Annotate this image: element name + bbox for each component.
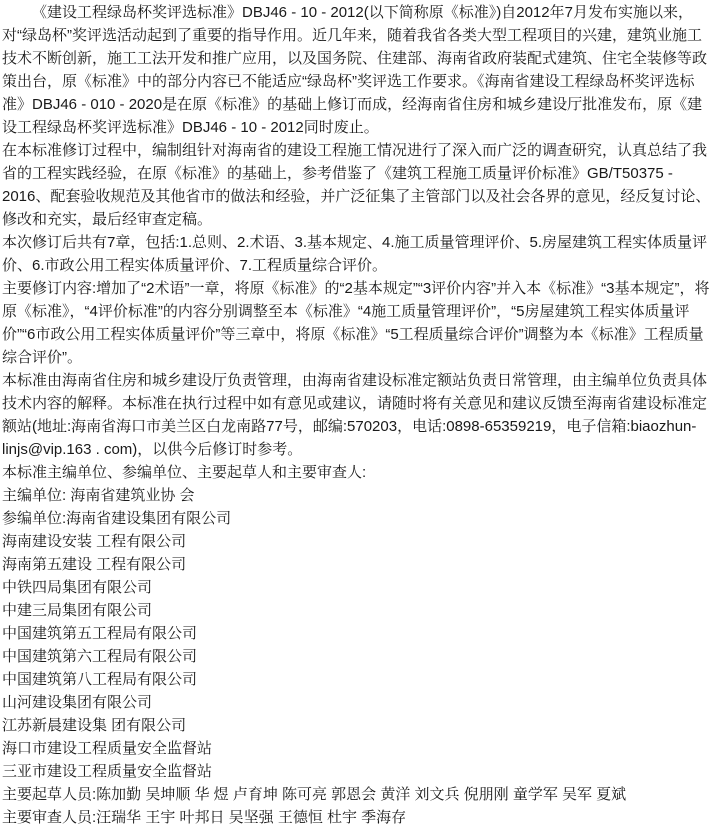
participating-unit-line: 中国建筑第六工程局有限公司	[2, 645, 713, 668]
participating-unit-line: 中建三局集团有限公司	[2, 599, 713, 622]
participating-unit-line: 海南建设安装 工程有限公司	[2, 530, 713, 553]
chief-editor-unit-line: 主编单位: 海南省建筑业协 会	[2, 484, 713, 507]
participating-unit-line: 中铁四局集团有限公司	[2, 576, 713, 599]
participating-unit-line: 中国建筑第八工程局有限公司	[2, 668, 713, 691]
participating-unit-line: 三亚市建设工程质量安全监督站	[2, 760, 713, 783]
credits-heading: 本标准主编单位、参编单位、主要起草人和主要审查人:	[2, 461, 713, 484]
participating-unit-line: 海南第五建设 工程有限公司	[2, 553, 713, 576]
participating-unit-line: 参编单位:海南省建设集团有限公司	[2, 507, 713, 530]
paragraph-intro: 《建设工程绿岛杯奖评选标准》DBJ46 - 10 - 2012(以下简称原《标准…	[2, 1, 713, 139]
paragraph-management-contact: 本标准由海南省住房和城乡建设厅负责管理，由海南省建设标准定额站负责日常管理，由主…	[2, 369, 713, 461]
participating-unit-line: 江苏新晨建设集 团有限公司	[2, 714, 713, 737]
participating-unit-line: 山河建设集团有限公司	[2, 691, 713, 714]
participating-unit-line: 中国建筑第五工程局有限公司	[2, 622, 713, 645]
paragraph-main-revisions: 主要修订内容:增加了“2术语”一章，将原《标准》的“2基本规定”“3评价内容”并…	[2, 277, 713, 369]
participating-unit-line: 海口市建设工程质量安全监督站	[2, 737, 713, 760]
standard-foreword-document: 《建设工程绿岛杯奖评选标准》DBJ46 - 10 - 2012(以下简称原《标准…	[0, 0, 718, 829]
drafters-line: 主要起草人员:陈加勤 吴坤顺 华 煜 卢育坤 陈可亮 郭恩会 黄洋 刘文兵 倪朋…	[2, 783, 713, 806]
paragraph-chapter-list: 本次修订后共有7章，包括:1.总则、2.术语、3.基本规定、4.施工质量管理评价…	[2, 231, 713, 277]
paragraph-revision-process: 在本标准修订过程中，编制组针对海南省的建设工程施工情况进行了深入而广泛的调查研究…	[2, 139, 713, 231]
